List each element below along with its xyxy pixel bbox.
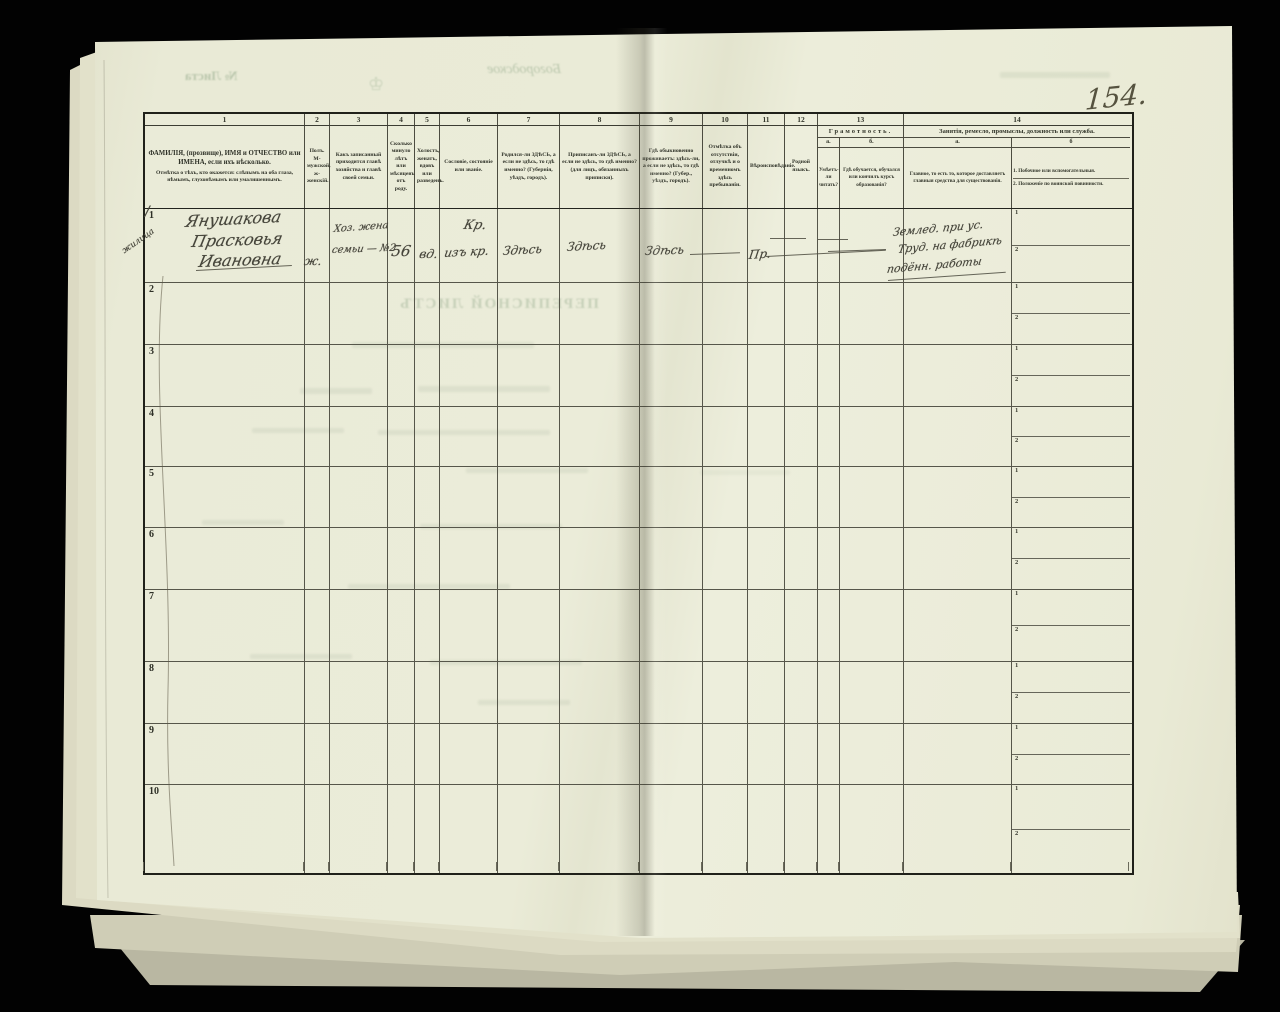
table-cell xyxy=(498,724,560,784)
aux-sub-cell: 2 xyxy=(1012,754,1130,785)
table-cell xyxy=(440,528,498,589)
table-cell xyxy=(748,590,785,661)
table-cell xyxy=(904,785,1012,873)
row-number: 5 xyxy=(149,468,154,479)
table-cell xyxy=(785,590,818,661)
tick-marks xyxy=(143,862,1130,872)
table-cell xyxy=(640,407,703,466)
header-group-occupation: Занятія, ремесло, промыслы, должность ил… xyxy=(904,126,1130,208)
header-cell-5: Холостъ, женатъ, вдовъ или разведенъ. xyxy=(415,126,440,208)
table-cell xyxy=(330,590,388,661)
table-cell xyxy=(330,528,388,589)
tick-mark xyxy=(386,862,387,871)
table-cell xyxy=(305,662,330,723)
entry-relation-2: семьи — №2 xyxy=(331,243,397,256)
table-cell xyxy=(388,724,415,784)
table-cell xyxy=(748,209,785,282)
table-cell xyxy=(840,724,904,784)
table-cell xyxy=(388,283,415,344)
aux-sub-cell: 1 xyxy=(1012,345,1130,375)
table-cell xyxy=(818,724,840,784)
tick-mark xyxy=(1010,862,1011,871)
table-cell xyxy=(818,528,840,589)
page-number: 154. xyxy=(1084,77,1148,117)
table-cell xyxy=(840,467,904,527)
table-cell xyxy=(305,407,330,466)
row-number: 3 xyxy=(149,346,154,357)
table-cell xyxy=(388,407,415,466)
row-number: 10 xyxy=(149,786,159,797)
aux-sub-number: 2 xyxy=(1015,246,1018,253)
table-cell xyxy=(703,662,748,723)
column-number: 6 xyxy=(440,114,498,125)
table-row: 1012 xyxy=(145,785,1132,873)
table-cell xyxy=(415,283,440,344)
table-cell xyxy=(818,345,840,406)
table-cell xyxy=(415,662,440,723)
tick-mark xyxy=(638,862,639,871)
pen-stroke xyxy=(770,238,806,239)
aux-sub-cell: 2 xyxy=(1012,497,1130,528)
table-cell xyxy=(748,283,785,344)
table-cell xyxy=(415,724,440,784)
table-cell xyxy=(415,407,440,466)
header-cell-2: Полъ. М-мужской, ж-женскій. xyxy=(305,126,330,208)
table-cell xyxy=(388,590,415,661)
aux-sub-number: 1 xyxy=(1015,345,1018,352)
table-cell xyxy=(785,785,818,873)
table-cell xyxy=(388,467,415,527)
tick-mark xyxy=(143,862,144,871)
table-cell xyxy=(560,467,640,527)
table-cell xyxy=(415,590,440,661)
table-cell xyxy=(305,590,330,661)
table-cell xyxy=(748,467,785,527)
pen-stroke xyxy=(818,239,848,240)
aux-sub-number: 1 xyxy=(1015,283,1018,290)
table-cell xyxy=(748,662,785,723)
aux-sub-number: 2 xyxy=(1015,498,1018,505)
column-number: 4 xyxy=(388,114,415,125)
table-cell xyxy=(703,467,748,527)
table-cell xyxy=(560,283,640,344)
table-cell xyxy=(785,528,818,589)
table-cell xyxy=(388,662,415,723)
table-cell xyxy=(440,407,498,466)
row-number: 8 xyxy=(149,663,154,674)
entry-estate-2: изъ кр. xyxy=(443,243,490,260)
ghost-text-bar xyxy=(1000,72,1110,78)
aux-sub-number: 1 xyxy=(1015,407,1018,414)
column-number: 11 xyxy=(748,114,785,125)
table-cell xyxy=(703,785,748,873)
tick-mark xyxy=(816,862,817,871)
table-cell xyxy=(560,662,640,723)
table-cell xyxy=(785,209,818,282)
table-cell: 12 xyxy=(1012,590,1130,661)
table-cell xyxy=(330,407,388,466)
table-cell xyxy=(785,283,818,344)
table-cell: 12 xyxy=(1012,662,1130,723)
table-cell xyxy=(440,467,498,527)
aux-sub-cell: 1 xyxy=(1012,662,1130,692)
table-cell xyxy=(840,407,904,466)
table-cell xyxy=(440,345,498,406)
table-cell xyxy=(904,345,1012,406)
table-cell xyxy=(840,590,904,661)
table-cell xyxy=(330,662,388,723)
header-cell-1: ФАМИЛІЯ, (прозвище), ИМЯ и ОТЧЕСТВО или … xyxy=(145,126,305,208)
table-cell xyxy=(305,785,330,873)
table-cell xyxy=(560,724,640,784)
tick-mark xyxy=(303,862,304,871)
table-header: ФАМИЛІЯ, (прозвище), ИМЯ и ОТЧЕСТВО или … xyxy=(145,126,1132,209)
table-cell xyxy=(498,590,560,661)
table-cell xyxy=(703,528,748,589)
table-cell xyxy=(498,528,560,589)
table-cell xyxy=(904,590,1012,661)
row-name-cell: 9 xyxy=(145,724,305,784)
aux-sub-number: 2 xyxy=(1015,626,1018,633)
table-cell xyxy=(748,345,785,406)
table-cell xyxy=(415,345,440,406)
table-cell xyxy=(748,407,785,466)
entry-born-here: Здѣсь xyxy=(502,242,543,258)
table-cell xyxy=(415,209,440,282)
column-number: 3 xyxy=(330,114,388,125)
entry-first-name: Прасковья xyxy=(190,229,285,251)
table-cell xyxy=(305,724,330,784)
table-cell xyxy=(330,467,388,527)
aux-sub-cell: 2 xyxy=(1012,692,1130,723)
table-cell xyxy=(640,662,703,723)
aux-sub-cell: 1 xyxy=(1012,283,1130,313)
tick-mark xyxy=(413,862,414,871)
aux-sub-number: 2 xyxy=(1015,830,1018,837)
table-cell xyxy=(904,724,1012,784)
header-cell-9: Гдѣ обыкновенно проживаетъ: здѣсь-ли, а … xyxy=(640,126,703,208)
table-cell xyxy=(305,528,330,589)
table-cell xyxy=(640,528,703,589)
row-slash-mark: / xyxy=(145,204,150,220)
row-name-cell: 5 xyxy=(145,467,305,527)
table-cell xyxy=(818,785,840,873)
crown-icon: ♔ xyxy=(368,74,384,95)
table-row: 712 xyxy=(145,590,1132,662)
row-number: 6 xyxy=(149,529,154,540)
entry-religion: Пр. xyxy=(748,246,772,262)
table-cell xyxy=(818,467,840,527)
table-cell xyxy=(330,345,388,406)
column-number: 5 xyxy=(415,114,440,125)
header-cell-10: Отмѣтка объ отсутствіи, отлучкѣ и о врем… xyxy=(703,126,748,208)
aux-sub-number: 2 xyxy=(1015,559,1018,566)
table-cell xyxy=(904,528,1012,589)
header-cell-4: Сколько минуло лѣтъ или мѣсяцевъ отъ род… xyxy=(388,126,415,208)
tick-mark xyxy=(838,862,839,871)
table-cell xyxy=(440,724,498,784)
aux-sub-cell: 1 xyxy=(1012,590,1130,625)
table-cell xyxy=(440,283,498,344)
tick-mark xyxy=(902,862,903,871)
header-cell-3: Какъ записанный приходится главѣ хозяйст… xyxy=(330,126,388,208)
table-cell xyxy=(305,345,330,406)
table-cell: 12 xyxy=(1012,724,1130,784)
table-row: 912 xyxy=(145,724,1132,785)
table-cell xyxy=(388,528,415,589)
table-cell xyxy=(498,283,560,344)
table-cell xyxy=(818,209,840,282)
tick-mark xyxy=(746,862,747,871)
column-number: 10 xyxy=(703,114,748,125)
table-cell xyxy=(560,407,640,466)
table-cell xyxy=(498,467,560,527)
tick-mark xyxy=(701,862,702,871)
aux-sub-number: 1 xyxy=(1015,785,1018,792)
table-cell xyxy=(748,724,785,784)
table-cell: 12 xyxy=(1012,345,1130,406)
table-cell: 12 xyxy=(1012,283,1130,344)
table-cell xyxy=(388,785,415,873)
row-name-cell: 4 xyxy=(145,407,305,466)
aux-sub-cell: 2 xyxy=(1012,436,1130,466)
aux-sub-number: 1 xyxy=(1015,724,1018,731)
table-cell: 12 xyxy=(1012,528,1130,589)
row-name-cell: 6 xyxy=(145,528,305,589)
table-cell xyxy=(818,283,840,344)
table-cell xyxy=(498,785,560,873)
table-cell xyxy=(840,662,904,723)
tick-mark xyxy=(328,862,329,871)
table-cell xyxy=(330,283,388,344)
aux-sub-number: 2 xyxy=(1015,376,1018,383)
table-cell xyxy=(840,283,904,344)
table-cell xyxy=(498,407,560,466)
row-number: 7 xyxy=(149,591,154,602)
header-cell-8: Приписанъ-ли ЗДѢСЬ, а если не здѣсь, то … xyxy=(560,126,640,208)
aux-sub-cell: 1 xyxy=(1012,528,1130,558)
header-cell-7: Родился-ли ЗДѢСЬ, а если не здѣсь, то гд… xyxy=(498,126,560,208)
table-cell xyxy=(703,345,748,406)
table-cell xyxy=(640,785,703,873)
table-cell xyxy=(818,407,840,466)
table-cell xyxy=(840,785,904,873)
aux-sub-number: 1 xyxy=(1015,209,1018,216)
aux-sub-number: 1 xyxy=(1015,662,1018,669)
table-cell xyxy=(904,283,1012,344)
table-row: 212 xyxy=(145,283,1132,345)
table-row: 612 xyxy=(145,528,1132,590)
aux-sub-number: 2 xyxy=(1015,437,1018,444)
table-cell xyxy=(305,467,330,527)
table-cell xyxy=(703,283,748,344)
table-row: 412 xyxy=(145,407,1132,467)
table-row: 812 xyxy=(145,662,1132,724)
column-number: 12 xyxy=(785,114,818,125)
table-cell xyxy=(785,407,818,466)
entry-resides-here: Здѣсь xyxy=(644,243,685,258)
entry-age: 56 xyxy=(390,242,412,260)
row-number: 9 xyxy=(149,725,154,736)
aux-sub-number: 2 xyxy=(1015,755,1018,762)
aux-sub-cell: 1 xyxy=(1012,467,1130,497)
aux-sub-cell: 1 xyxy=(1012,724,1130,754)
table-cell xyxy=(560,785,640,873)
column-number: 13 xyxy=(818,114,904,125)
table-cell xyxy=(440,662,498,723)
table-row: 512 xyxy=(145,467,1132,528)
table-cell xyxy=(415,467,440,527)
table-cell xyxy=(748,528,785,589)
header-cell-12: Родной языкъ. xyxy=(785,126,818,208)
table-cell xyxy=(904,467,1012,527)
table-cell xyxy=(388,345,415,406)
table-cell xyxy=(305,283,330,344)
table-cell xyxy=(785,345,818,406)
row-name-cell: 3 xyxy=(145,345,305,406)
aux-sub-cell: 2 xyxy=(1012,625,1130,661)
table-cell xyxy=(640,467,703,527)
header-cell-11: Вѣроисповѣданіе. xyxy=(748,126,785,208)
table-cell xyxy=(748,785,785,873)
header-cell-6: Сословіе, состояніе или званіе. xyxy=(440,126,498,208)
entry-registered-here: Здѣсь xyxy=(566,238,607,254)
table-cell xyxy=(330,724,388,784)
aux-sub-cell: 2 xyxy=(1012,558,1130,589)
entry-marital-status: вд. xyxy=(418,247,439,261)
row-name-cell: 7 xyxy=(145,590,305,661)
aux-sub-cell: 2 xyxy=(1012,245,1130,282)
table-cell xyxy=(498,345,560,406)
table-cell xyxy=(440,590,498,661)
tick-mark xyxy=(558,862,559,871)
table-cell: 12 xyxy=(1012,785,1130,873)
column-number: 9 xyxy=(640,114,703,125)
aux-sub-number: 1 xyxy=(1015,528,1018,535)
table-cell xyxy=(560,528,640,589)
tick-mark xyxy=(438,862,439,871)
table-cell xyxy=(305,209,330,282)
aux-sub-number: 2 xyxy=(1015,314,1018,321)
aux-sub-cell: 1 xyxy=(1012,407,1130,436)
row-name-cell: 10 xyxy=(145,785,305,873)
entry-estate-1: Кр. xyxy=(462,218,488,233)
row-number: 4 xyxy=(149,408,154,419)
table-cell xyxy=(703,590,748,661)
table-cell: 12 xyxy=(1012,209,1130,282)
column-number-strip: 1 2 3 4 5 6 7 8 9 10 11 12 13 14 xyxy=(145,114,1132,126)
table-cell: 12 xyxy=(1012,407,1130,466)
row-name-cell: 8 xyxy=(145,662,305,723)
table-cell xyxy=(904,662,1012,723)
table-cell xyxy=(818,590,840,661)
tick-mark xyxy=(783,862,784,871)
column-number: 7 xyxy=(498,114,560,125)
tick-mark xyxy=(1128,862,1129,871)
table-cell xyxy=(703,724,748,784)
column-number: 1 xyxy=(145,114,305,125)
table-cell xyxy=(840,528,904,589)
table-cell xyxy=(440,785,498,873)
aux-sub-number: 1 xyxy=(1015,467,1018,474)
table-cell xyxy=(785,467,818,527)
table-cell xyxy=(703,209,748,282)
table-cell xyxy=(640,345,703,406)
table-cell xyxy=(560,590,640,661)
row-number: 2 xyxy=(149,284,154,295)
table-cell xyxy=(640,590,703,661)
entry-sex: ж. xyxy=(303,254,323,268)
ghost-header-left: № Листа xyxy=(185,68,237,84)
aux-sub-cell: 1 xyxy=(1012,785,1130,829)
table-row: 312 xyxy=(145,345,1132,407)
aux-sub-number: 2 xyxy=(1015,693,1018,700)
tick-mark xyxy=(496,862,497,871)
census-table: 1 2 3 4 5 6 7 8 9 10 11 12 13 14 ФАМИЛІЯ… xyxy=(143,112,1134,875)
column-number: 8 xyxy=(560,114,640,125)
aux-sub-cell: 1 xyxy=(1012,209,1130,245)
table-cell xyxy=(498,662,560,723)
table-cell xyxy=(785,662,818,723)
column-number: 2 xyxy=(305,114,330,125)
photo-of-census-book: № Листа ♔ Богородское ПЕРЕПИСНОЙ ЛИСТЪ 1… xyxy=(0,0,1280,1012)
table-cell xyxy=(640,283,703,344)
table-cell xyxy=(640,724,703,784)
table-cell xyxy=(904,407,1012,466)
table-cell xyxy=(560,345,640,406)
aux-sub-number: 1 xyxy=(1015,590,1018,597)
table-body: 1122123124125126127128129121012 xyxy=(145,209,1132,873)
table-cell xyxy=(785,724,818,784)
table-cell xyxy=(415,785,440,873)
row-name-cell: 2 xyxy=(145,283,305,344)
table-cell xyxy=(703,407,748,466)
table-cell xyxy=(330,785,388,873)
table-cell xyxy=(840,345,904,406)
table-cell xyxy=(415,528,440,589)
ghost-header-right: Богородское xyxy=(487,62,561,78)
aux-sub-cell: 2 xyxy=(1012,313,1130,344)
table-cell xyxy=(818,662,840,723)
aux-sub-cell: 2 xyxy=(1012,375,1130,406)
header-group-literacy: Грамотность. а. б. Умѣетъ-ли читать? Гдѣ… xyxy=(818,126,904,208)
table-cell: 12 xyxy=(1012,467,1130,527)
